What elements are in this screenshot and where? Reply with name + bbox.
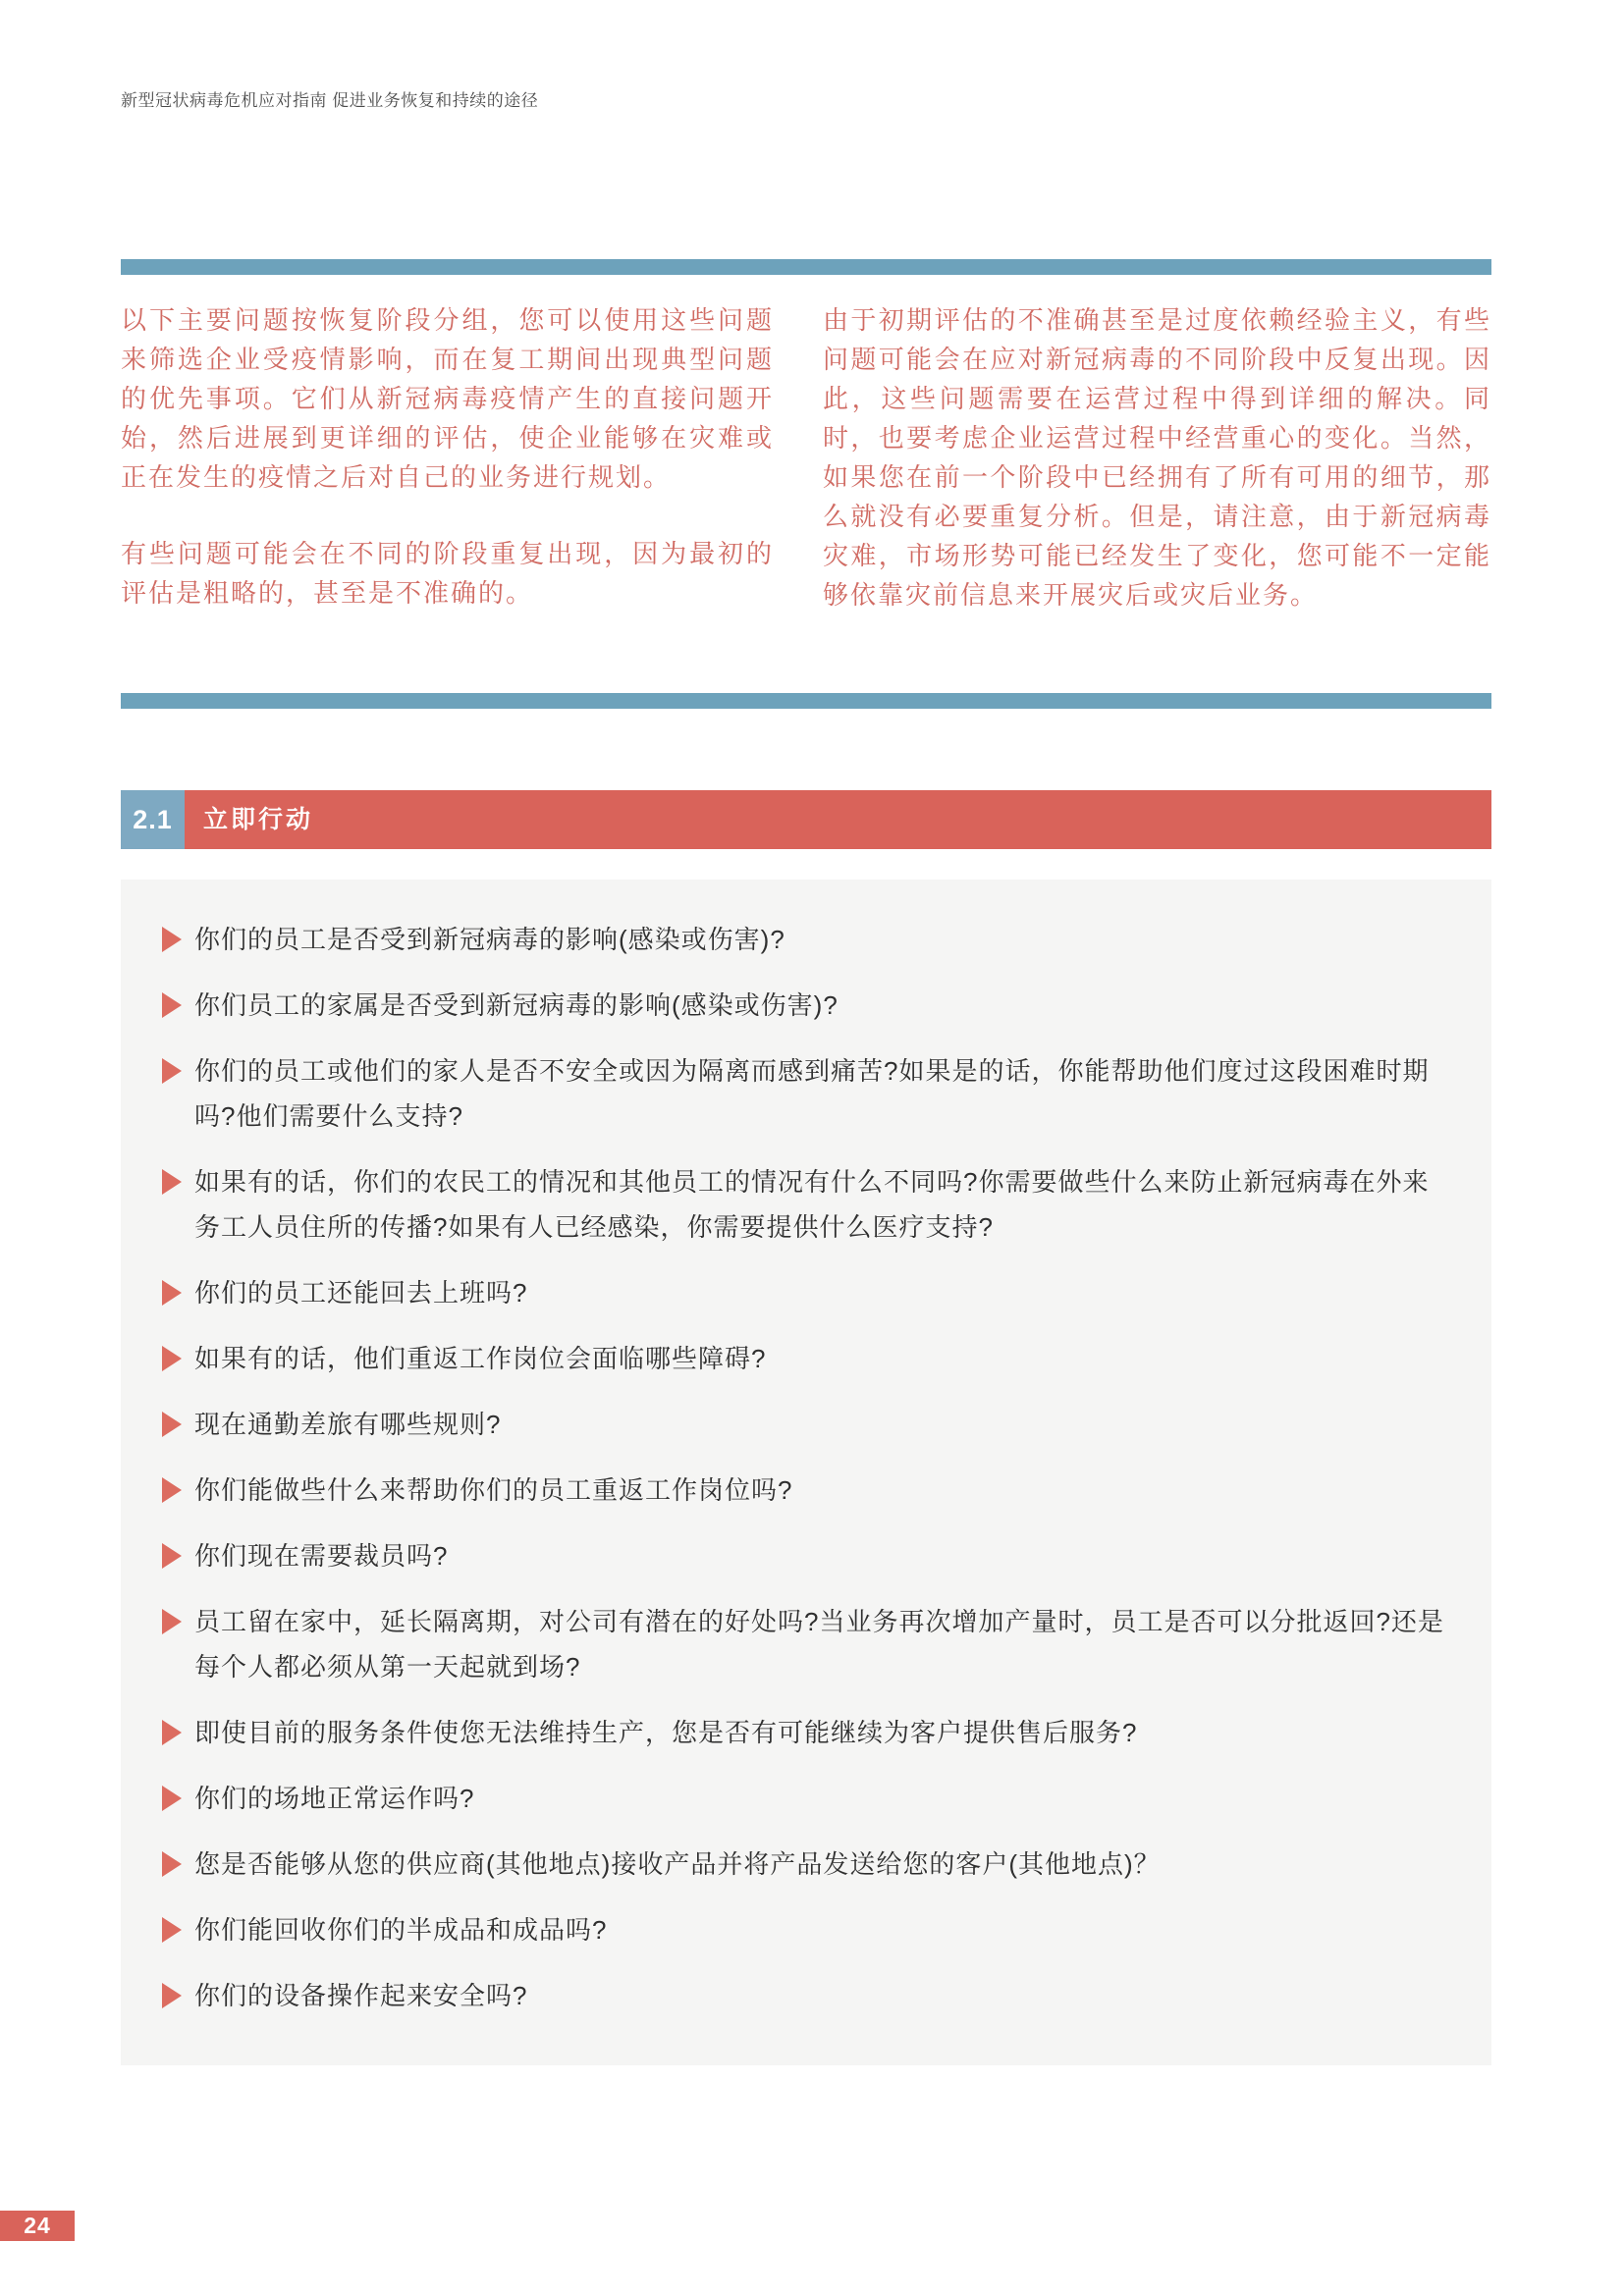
running-header: 新型冠状病毒危机应对指南 促进业务恢复和持续的途径 <box>121 86 538 111</box>
question-item: 如果有的话，你们的农民工的情况和其他员工的情况有什么不同吗?你需要做些什么来防止… <box>121 1159 1491 1250</box>
question-item: 你们的员工还能回去上班吗? <box>121 1270 1491 1315</box>
question-text: 你们的员工是否受到新冠病毒的影响(感染或伤害)? <box>194 917 1453 962</box>
question-item: 如果有的话，他们重返工作岗位会面临哪些障碍? <box>121 1336 1491 1381</box>
triangle-bullet-icon <box>162 1720 182 1745</box>
question-item: 员工留在家中，延长隔离期，对公司有潜在的好处吗?当业务再次增加产量时，员工是否可… <box>121 1599 1491 1689</box>
top-divider-bar <box>121 259 1491 275</box>
question-text: 你们员工的家属是否受到新冠病毒的影响(感染或伤害)? <box>194 983 1453 1028</box>
question-item: 你们能做些什么来帮助你们的员工重返工作岗位吗? <box>121 1468 1491 1513</box>
question-item: 你们的员工或他们的家人是否不安全或因为隔离而感到痛苦?如果是的话，你能帮助他们度… <box>121 1048 1491 1139</box>
triangle-bullet-icon <box>162 1280 182 1306</box>
triangle-bullet-icon <box>162 1412 182 1437</box>
intro-paragraph: 以下主要问题按恢复阶段分组，您可以使用这些问题来筛选企业受疫情影响，而在复工期间… <box>121 300 774 497</box>
section-divider-bar <box>121 693 1491 709</box>
triangle-bullet-icon <box>162 992 182 1018</box>
intro-paragraph: 有些问题可能会在不同的阶段重复出现，因为最初的评估是粗略的，甚至是不准确的。 <box>121 534 774 613</box>
intro-right-column: 由于初期评估的不准确甚至是过度依赖经验主义，有些问题可能会在应对新冠病毒的不同阶… <box>823 300 1491 614</box>
question-text: 现在通勤差旅有哪些规则? <box>194 1402 1453 1447</box>
question-item: 你们的场地正常运作吗? <box>121 1776 1491 1821</box>
triangle-bullet-icon <box>162 1477 182 1503</box>
intro-paragraph: 由于初期评估的不准确甚至是过度依赖经验主义，有些问题可能会在应对新冠病毒的不同阶… <box>823 300 1491 614</box>
triangle-bullet-icon <box>162 927 182 952</box>
question-text: 即使目前的服务条件使您无法维持生产，您是否有可能继续为客户提供售后服务? <box>194 1710 1453 1755</box>
section-number: 2.1 <box>121 790 185 849</box>
page-number-badge: 24 <box>0 2211 75 2241</box>
triangle-bullet-icon <box>162 1917 182 1943</box>
questions-panel: 你们的员工是否受到新冠病毒的影响(感染或伤害)? 你们员工的家属是否受到新冠病毒… <box>121 880 1491 2065</box>
question-item: 现在通勤差旅有哪些规则? <box>121 1402 1491 1447</box>
question-text: 你们现在需要裁员吗? <box>194 1533 1453 1578</box>
section-title: 立即行动 <box>185 790 1491 849</box>
question-item: 你们的设备操作起来安全吗? <box>121 1973 1491 2018</box>
intro-text-block: 以下主要问题按恢复阶段分组，您可以使用这些问题来筛选企业受疫情影响，而在复工期间… <box>121 300 1491 614</box>
question-text: 如果有的话，你们的农民工的情况和其他员工的情况有什么不同吗?你需要做些什么来防止… <box>194 1159 1453 1250</box>
question-item: 你们员工的家属是否受到新冠病毒的影响(感染或伤害)? <box>121 983 1491 1028</box>
triangle-bullet-icon <box>162 1983 182 2008</box>
triangle-bullet-icon <box>162 1543 182 1569</box>
triangle-bullet-icon <box>162 1851 182 1877</box>
triangle-bullet-icon <box>162 1609 182 1634</box>
question-text: 你们能做些什么来帮助你们的员工重返工作岗位吗? <box>194 1468 1453 1513</box>
triangle-bullet-icon <box>162 1169 182 1195</box>
question-text: 员工留在家中，延长隔离期，对公司有潜在的好处吗?当业务再次增加产量时，员工是否可… <box>194 1599 1453 1689</box>
triangle-bullet-icon <box>162 1346 182 1371</box>
intro-left-column: 以下主要问题按恢复阶段分组，您可以使用这些问题来筛选企业受疫情影响，而在复工期间… <box>121 300 774 614</box>
question-item: 您是否能够从您的供应商(其他地点)接收产品并将产品发送给您的客户(其他地点)？ <box>121 1842 1491 1887</box>
question-text: 你们的设备操作起来安全吗? <box>194 1973 1453 2018</box>
question-text: 你们能回收你们的半成品和成品吗? <box>194 1907 1453 1952</box>
triangle-bullet-icon <box>162 1058 182 1084</box>
question-text: 你们的场地正常运作吗? <box>194 1776 1453 1821</box>
question-item: 即使目前的服务条件使您无法维持生产，您是否有可能继续为客户提供售后服务? <box>121 1710 1491 1755</box>
section-header: 2.1 立即行动 <box>121 790 1491 849</box>
document-page: 新型冠状病毒危机应对指南 促进业务恢复和持续的途径 以下主要问题按恢复阶段分组，… <box>0 0 1624 2296</box>
triangle-bullet-icon <box>162 1786 182 1811</box>
question-text: 你们的员工或他们的家人是否不安全或因为隔离而感到痛苦?如果是的话，你能帮助他们度… <box>194 1048 1453 1139</box>
question-text: 您是否能够从您的供应商(其他地点)接收产品并将产品发送给您的客户(其他地点)？ <box>194 1842 1453 1887</box>
question-text: 你们的员工还能回去上班吗? <box>194 1270 1453 1315</box>
question-text: 如果有的话，他们重返工作岗位会面临哪些障碍? <box>194 1336 1453 1381</box>
question-item: 你们的员工是否受到新冠病毒的影响(感染或伤害)? <box>121 917 1491 962</box>
question-item: 你们能回收你们的半成品和成品吗? <box>121 1907 1491 1952</box>
question-item: 你们现在需要裁员吗? <box>121 1533 1491 1578</box>
